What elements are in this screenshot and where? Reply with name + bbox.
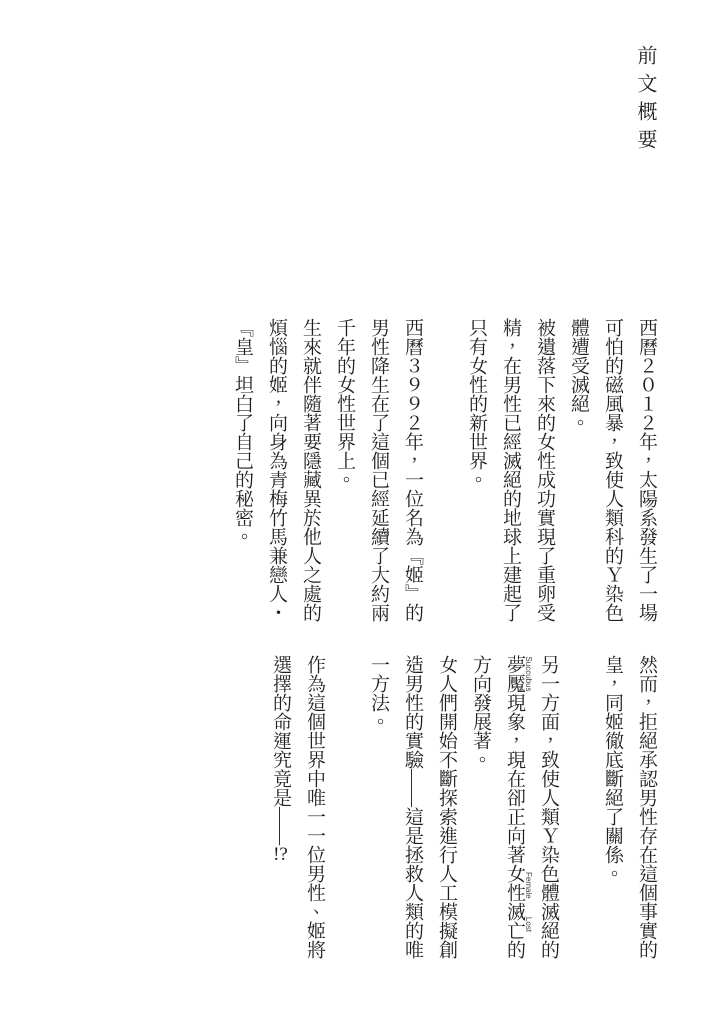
ruby-annotated-text: 夢魘Succubus (504, 655, 525, 693)
horizontal-in-vertical-text: !? (270, 845, 291, 864)
paragraph-artificial-male-experiments: 女人們開始不斷探索進行人工模擬創造男性的實驗——這是拯救人類的唯一方法。 (361, 655, 463, 961)
paragraph-succubus-phenomenon: 另一方面，致使人類Ｙ染色體滅絕的夢魘Succubus現象，現在卻正向著女性滅亡F… (463, 655, 565, 961)
paragraph-hime-secret: 生來就伴隨著要隱藏異於他人之處的煩惱的姬，向身為青梅竹馬兼戀人・『皇』坦白了自己… (225, 318, 327, 624)
paragraph-hime-birth: 西曆３９９２年，一位名為『姬』的男性降生在了這個已經延續了大約兩千年的女性世界上… (327, 318, 429, 624)
paragraph-hime-fate: 作為這個世界中唯一一位男性、姬將選擇的命運究竟是——!? (263, 655, 331, 961)
paragraph-women-new-world: 被遺落下來的女性成功實現了重卵受精，在男性已經滅絕的地球上建起了只有女性的新世界… (459, 318, 561, 624)
synopsis-bottom-block: 然而，拒絕承認男性存在這個事實的皇，同姬徹底斷絕了關係。 另一方面，致使人類Ｙ染… (263, 655, 663, 961)
ruby-annotated-text: 女性滅亡Female Lost (504, 864, 525, 940)
manga-synopsis-page: 前文概要 西曆２０１２年，太陽系發生了一場可怕的磁風暴，致使人類科的Ｙ染色體遭受… (0, 0, 720, 1024)
paragraph-solar-storm: 西曆２０１２年，太陽系發生了一場可怕的磁風暴，致使人類科的Ｙ染色體遭受滅絕。 (561, 318, 663, 624)
paragraph-sumeragi-breakup: 然而，拒絕承認男性存在這個事實的皇，同姬徹底斷絕了關係。 (595, 655, 663, 961)
synopsis-top-block: 西曆２０１２年，太陽系發生了一場可怕的磁風暴，致使人類科的Ｙ染色體遭受滅絕。 被… (225, 318, 663, 624)
page-title: 前文概要 (631, 45, 660, 157)
